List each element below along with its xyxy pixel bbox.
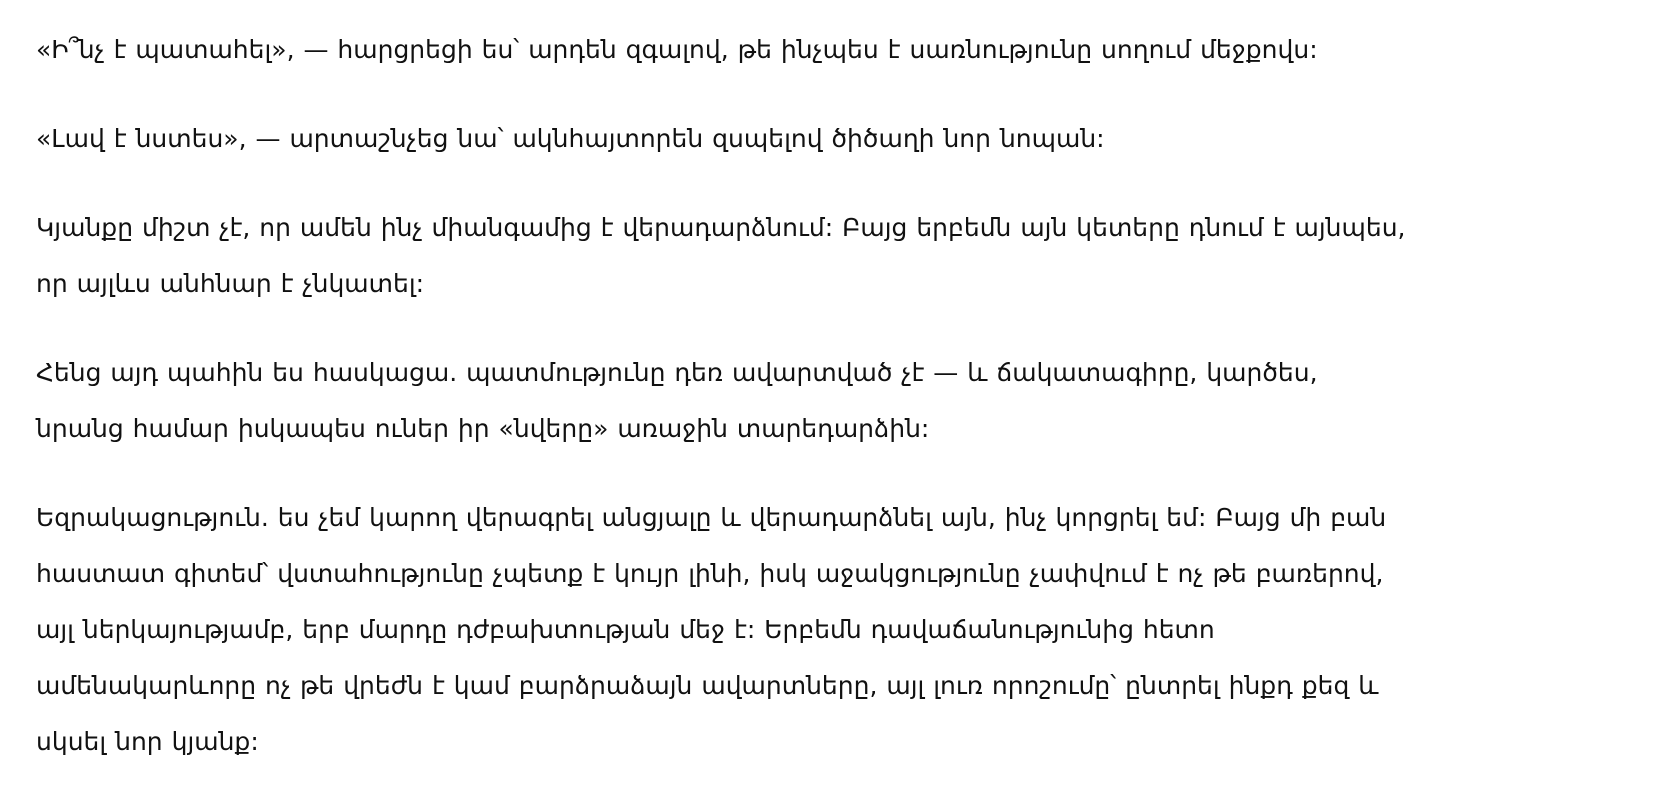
text-line: հաստատ գիտեմ՝ վստահությունը չպետք է կույ… — [36, 546, 1620, 602]
paragraph-4: Հենց այդ պահին ես հասկացա. պատմությունը … — [36, 345, 1620, 457]
paragraph-2: «Լավ է նստես», — արտաշնչեց նա՝ ակնհայտոր… — [36, 111, 1620, 167]
text-line: նրանց համար իսկապես ուներ իր «նվերը» առա… — [36, 401, 1620, 457]
text-line: Հենց այդ պահին ես հասկացա. պատմությունը … — [36, 345, 1620, 401]
text-line: Եզրակացություն. ես չեմ կարող վերագրել ան… — [36, 490, 1620, 546]
paragraph-1: «Ի՞նչ է պատահել», — հարցրեցի ես՝ արդեն զ… — [36, 22, 1620, 78]
text-line: «Ի՞նչ է պատահել», — հարցրեցի ես՝ արդեն զ… — [36, 22, 1620, 78]
paragraph-conclusion: Եզրակացություն. ես չեմ կարող վերագրել ան… — [36, 490, 1620, 770]
text-line: որ այլևս անհնար է չնկատել: — [36, 256, 1620, 312]
text-line: «Լավ է նստես», — արտաշնչեց նա՝ ակնհայտոր… — [36, 111, 1620, 167]
document-page: «Ի՞նչ է պատահել», — հարցրեցի ես՝ արդեն զ… — [0, 0, 1656, 770]
paragraph-3: Կյանքը միշտ չէ, որ ամեն ինչ միանգամից է … — [36, 200, 1620, 312]
text-line: ամենակարևորը ոչ թե վրեժն է կամ բարձրաձայ… — [36, 658, 1620, 714]
text-line: Կյանքը միշտ չէ, որ ամեն ինչ միանգամից է … — [36, 200, 1620, 256]
text-line: այլ ներկայությամբ, երբ մարդը դժբախտությա… — [36, 602, 1620, 658]
text-line: սկսել նոր կյանք: — [36, 714, 1620, 770]
